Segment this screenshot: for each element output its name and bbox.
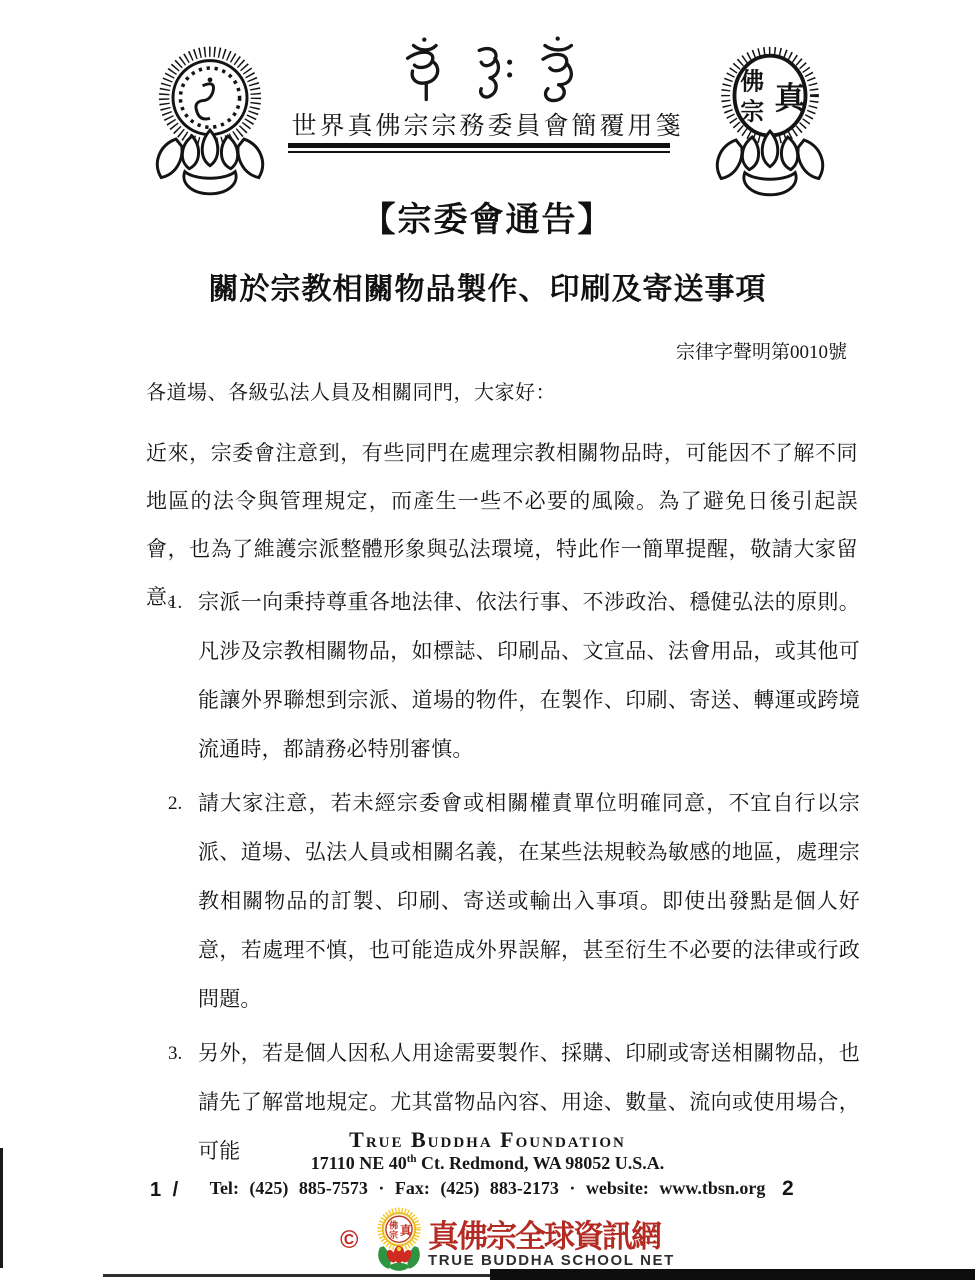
notice-title: 【宗委會通告】 [0,192,975,241]
wm-seal-char-zhen: 真 [400,1224,413,1238]
watermark-cn-title: 真佛宗全球資訊網 [428,1211,660,1256]
list-item: 2. 請大家注意，若未經宗委會或相關權責單位明確同意，不宜自行以宗派、道場、弘法… [168,779,860,1024]
notice-subtitle: 關於宗教相關物品製作、印刷及寄送事項 [0,264,975,308]
wm-seal-char-zong: 宗 [389,1229,398,1240]
seal-char-fo: 佛 [740,69,764,96]
doc-number: 宗律字聲明第0010號 [676,337,847,364]
om-ah-hum-syllables-icon [388,28,594,116]
list-item-text: 請大家注意，若未經宗委會或相關權責單位明確同意，不宜自行以宗派、道場、弘法人員或… [198,779,860,1024]
list-item-number: 1. [168,578,198,774]
tbsn-lotus-logo-icon: 真 佛 宗 [372,1204,426,1276]
scan-edge-artifact [103,1274,493,1277]
copyright-icon: © [340,1226,358,1255]
address-part: 17110 NE 40 [311,1153,407,1173]
list-item-text: 宗派一向秉持尊重各地法律、依法行事、不涉政治、穩健弘法的原則。凡涉及宗教相關物品… [198,578,860,774]
letterhead-title: 世界真佛宗宗務委員會簡覆用箋 [0,106,975,142]
wm-seal-char-fo: 佛 [388,1219,398,1230]
address-ordinal: th [407,1153,417,1165]
notice-list: 1. 宗派一向秉持尊重各地法律、依法行事、不涉政治、穩健弘法的原則。凡涉及宗教相… [168,578,860,1181]
list-item: 1. 宗派一向秉持尊重各地法律、依法行事、不涉政治、穩健弘法的原則。凡涉及宗教相… [168,578,860,774]
page-number-right: 2 [782,1177,794,1201]
address-part: Ct. Redmond, WA 98052 U.S.A. [417,1153,665,1173]
letterhead-divider [288,143,670,153]
scan-edge-artifact [0,1148,3,1268]
page-number-left: 1 / [150,1179,181,1202]
footer-address: 17110 NE 40th Ct. Redmond, WA 98052 U.S.… [0,1153,975,1174]
footer-contact-line: Tel: (425) 885-7573 · Fax: (425) 883-217… [0,1178,975,1199]
document-page: 真 佛 宗 世界真佛宗宗務委員會簡覆用箋 【宗委會通告】 關於宗教相關物品製作、… [0,0,975,1280]
footer-org-name: True Buddha Foundation [0,1127,975,1153]
watermark-en-title: TRUE BUDDHA SCHOOL NET [428,1252,675,1269]
greeting-line: 各道場、各級弘法人員及相關同門，大家好： [146,376,556,405]
list-item-number: 2. [168,779,198,1024]
scan-edge-artifact [490,1269,975,1280]
